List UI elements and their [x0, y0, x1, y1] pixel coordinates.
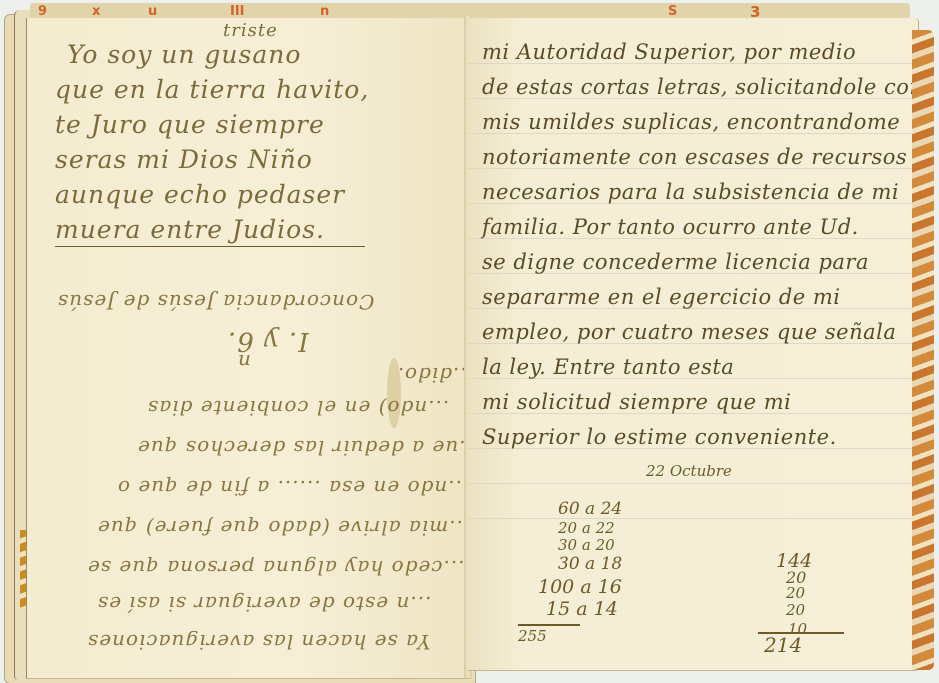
poem-line: seras mi Dios Niño	[55, 145, 313, 174]
tally-value: 24	[601, 499, 623, 519]
letter-line: separarme en el egercicio de mi	[482, 285, 841, 309]
tally-sep: a	[576, 598, 587, 620]
cover-mark: S	[668, 5, 677, 19]
tally-value: 20	[786, 601, 805, 619]
poem-line-underlined: muera entre Judios.	[55, 215, 365, 247]
cover-pattern-right	[912, 30, 934, 670]
tally-sep: a	[585, 499, 595, 519]
letter-line: necesarios para la subsistencia de mi	[482, 180, 899, 204]
letter-line: mi Autoridad Superior, por medio	[482, 40, 856, 64]
poem-line: que en la tierra havito,	[55, 75, 369, 104]
cover-mark: 3	[750, 5, 760, 19]
tally-total: 214	[764, 633, 802, 657]
cover-mark: x	[92, 5, 100, 19]
letter-line: de estas cortas letras, solicitandole co…	[482, 75, 923, 99]
letter-line: la ley. Entre tanto esta	[482, 355, 734, 379]
upside-down-line: n	[237, 350, 251, 374]
upside-down-line: Ya se hacen las averiguaciones	[87, 630, 431, 654]
tally-row: 30 a 20	[558, 536, 615, 554]
tally-total: 255	[518, 627, 547, 645]
left-page: triste Yo soy un gusano que en la tierra…	[26, 18, 471, 679]
tally-value: 16	[598, 576, 622, 598]
tally-row: 20 a 22	[558, 519, 615, 537]
tally-row: 60 a 24	[558, 499, 622, 519]
cover-mark: n	[320, 5, 329, 19]
upside-down-line: ...cedo hay alguna persona que se	[87, 556, 465, 580]
upside-down-line: ...ue a deduir las derechos que	[137, 436, 480, 460]
tally-sep: a	[585, 554, 595, 574]
letter-line: notoriamente con escases de recursos	[482, 145, 907, 169]
right-page: mi Autoridad Superior, por medio de esta…	[468, 18, 919, 671]
poem-line: aunque echo pedaser	[55, 180, 345, 209]
tally-sep: a	[580, 576, 591, 598]
ruled-line	[468, 518, 918, 519]
tally-qty: 30	[558, 554, 580, 574]
tally-sep: a	[582, 519, 591, 537]
tally-value: 18	[601, 554, 623, 574]
tally-value: 14	[594, 598, 618, 620]
date-note: 22 Octubre	[646, 462, 732, 480]
upside-down-line: ...mia alrive (dado que fuere) que	[97, 516, 470, 540]
upside-down-line: ...ndo en esa ...... a fin de que o	[117, 476, 469, 500]
letter-line: empleo, por cuatro meses que señala	[482, 320, 896, 344]
upside-down-line: ...n esto de averiguar si así es	[97, 592, 431, 616]
letter-line: Superior lo estime conveniente.	[482, 425, 837, 449]
poem-insertion: triste	[223, 20, 278, 41]
sum-line	[518, 624, 580, 626]
tally-qty: 30	[558, 536, 577, 554]
tally-sep: a	[582, 536, 591, 554]
tally-row: 100 a 16	[538, 576, 622, 598]
tally-value: 22	[596, 519, 615, 537]
cover-mark: u	[148, 5, 157, 19]
tally-qty: 60	[558, 499, 580, 519]
ruled-line	[468, 483, 918, 484]
tally-qty: 100	[538, 576, 574, 598]
tally-qty: 15	[546, 598, 570, 620]
tally-row: 15 a 14	[546, 598, 618, 620]
notebook-spread: 9 x u III n S 3 triste Yo soy un gusano …	[0, 0, 939, 683]
poem-line: te Juro que siempre	[55, 110, 325, 139]
tally-row: 30 a 18	[558, 554, 622, 574]
upside-down-line: Concordancia Jesús de Jesús	[57, 290, 374, 314]
tally-qty: 20	[558, 519, 577, 537]
letter-line: mis umildes suplicas, encontrandome	[482, 110, 900, 134]
letter-line: mi solicitud siempre que mi	[482, 390, 791, 414]
tally-value: 20	[786, 584, 805, 602]
upside-down-line: ...dido.	[397, 363, 474, 387]
cover-mark: III	[230, 5, 245, 19]
letter-line: familia. Por tanto ocurro ante Ud.	[482, 215, 859, 239]
tally-value: 20	[596, 536, 615, 554]
letter-line: se digne concederme licencia para	[482, 250, 869, 274]
poem-line: Yo soy un gusano	[67, 40, 301, 69]
upside-down-line: ...ndo) en el conbiente dias	[147, 396, 449, 420]
cover-mark: 9	[38, 5, 47, 19]
